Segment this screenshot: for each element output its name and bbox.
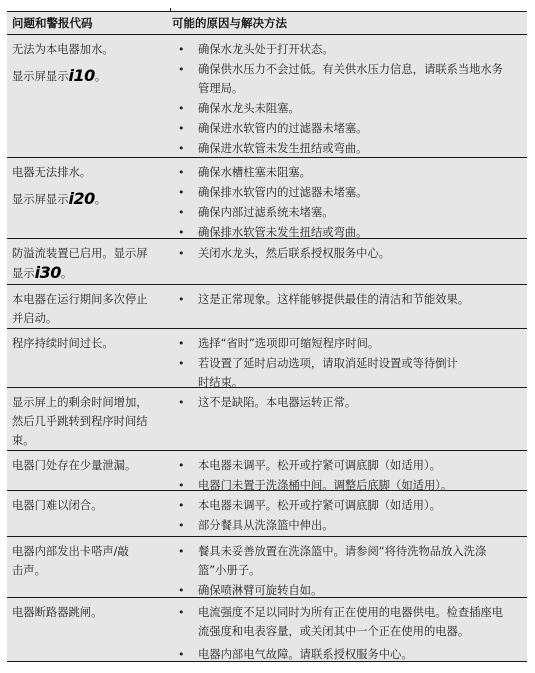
bullet-icon: • [178,456,185,475]
solution-item: •确保内部过滤系统未堵塞。 [172,203,527,222]
bullet-icon: • [178,393,185,412]
solution-text: 电器内部电气故障。请联系授权服务中心。 [198,648,413,661]
bullet-icon: • [178,603,185,622]
bullet-icon: • [178,223,185,242]
solution-text: 确保进水软管未发生扭结或弯曲。 [198,142,367,155]
problem-cell: 电器门处存在少量泄漏。 [7,451,172,490]
header-problem: 问题和警报代码 [7,14,172,33]
problem-cell: 电器内部发出卡嗒声/敲击声。 [7,537,172,597]
bullet-icon: • [178,244,185,263]
problem-cell: 本电器在运行期间多次停止并启动。 [7,285,172,328]
solution-text: 关闭水龙头，然后联系授权服务中心。 [198,247,390,260]
solution-item: •确保供水压力不会过低。有关供水压力信息，请联系当地水务管理局。 [172,60,527,98]
bullet-icon: • [178,290,185,309]
solution-cell: •选择“省时”选项即可缩短程序时间。 •若设置了延时启动选项，请取消延时设置或等… [172,329,527,387]
solution-text: 本电器未调平。松开或拧紧可调底脚（如适用）。 [198,499,441,512]
table-row: 电器无法排水。 显示屏显示i20。 •确保水槽柱塞未阻塞。 •确保排水软管内的过… [7,157,527,238]
solution-text: 部分餐具从洗涤篮中伸出。 [198,519,334,532]
problem-text: 显示屏上的剩余时间增加，然后几乎跳转到程序时间结束。 [12,393,172,450]
solution-text: 确保水槽柱塞未阻塞。 [198,166,311,179]
solution-text: 这是正常现象。这样能够提供最佳的清洁和节能效果。 [198,293,469,306]
problem-text: 程序持续时间过长。 [12,334,172,353]
solution-cell: •确保水槽柱塞未阻塞。 •确保排水软管内的过滤器未堵塞。 •确保内部过滤系统未堵… [172,158,527,238]
solution-text: 确保水龙头处于打开状态。 [198,43,334,56]
bullet-icon: • [178,354,185,373]
solution-cell: •关闭水龙头，然后联系授权服务中心。 [172,239,527,284]
column-tick-mark [170,8,171,12]
solution-text: 餐具未妥善放置在洗涤篮中。请参阅“将待洗物品放入洗涤篮”小册子。 [198,545,486,577]
bullet-icon: • [178,183,185,202]
problem-text: 电器无法排水。 [12,163,172,182]
solution-list: •关闭水龙头，然后联系授权服务中心。 [172,244,527,263]
solution-list: •这不是缺陷。本电器运转正常。 [172,393,527,412]
problem-text: 本电器在运行期间多次停止并启动。 [12,290,172,328]
solution-item: •确保进水软管未发生扭结或弯曲。 [172,139,527,158]
solution-item: •电器门未置于洗涤桶中间。调整后底脚（如适用）。 [172,476,527,495]
solution-list: •电流强度不足以同时为所有正在使用的电器供电。检查插座电流强度和电表容量，或关闭… [172,603,527,664]
table-row: 显示屏上的剩余时间增加，然后几乎跳转到程序时间结束。 •这不是缺陷。本电器运转正… [7,387,527,450]
solution-item: •这不是缺陷。本电器运转正常。 [172,393,527,412]
table-row: 本电器在运行期间多次停止并启动。 •这是正常现象。这样能够提供最佳的清洁和节能效… [7,284,527,328]
bullet-icon: • [178,334,185,353]
solution-text: 若设置了延时启动选项，请取消延时设置或等待倒计时结束。 [198,357,458,389]
solution-cell: •这不是缺陷。本电器运转正常。 [172,388,527,450]
solution-cell: •本电器未调平。松开或拧紧可调底脚（如适用）。 •电器门未置于洗涤桶中间。调整后… [172,451,527,490]
troubleshooting-table: 问题和警报代码 可能的原因与解决方法 无法为本电器加水。 显示屏显示i10。 •… [7,11,527,662]
solution-item: •确保水龙头处于打开状态。 [172,40,527,59]
solution-item: •电器内部电气故障。请联系授权服务中心。 [172,645,527,664]
problem-text: 电器断路器跳闸。 [12,603,172,622]
solution-text: 确保喷淋臂可旋转自如。 [198,584,322,597]
solution-cell: •本电器未调平。松开或拧紧可调底脚（如适用）。 •部分餐具从洗涤篮中伸出。 [172,491,527,536]
solution-text: 选择“省时”选项即可缩短程序时间。 [198,337,379,350]
solution-item: •确保排水软管未发生扭结或弯曲。 [172,223,527,242]
display-code: i20 [69,189,95,208]
solution-item: •确保喷淋臂可旋转自如。 [172,581,527,600]
solution-item: •本电器未调平。松开或拧紧可调底脚（如适用）。 [172,496,527,515]
solution-list: •餐具未妥善放置在洗涤篮中。请参阅“将待洗物品放入洗涤篮”小册子。 •确保喷淋臂… [172,542,527,600]
display-code-line: 显示屏显示i10。 [12,66,172,86]
table-row: 防溢流装置已启用。显示屏 显示i30。 •关闭水龙头，然后联系授权服务中心。 [7,238,527,284]
solution-item: •若设置了延时启动选项，请取消延时设置或等待倒计时结束。 [172,354,527,392]
bullet-icon: • [178,581,185,600]
solution-item: •确保进水软管内的过滤器未堵塞。 [172,119,527,138]
code-suffix: 。 [95,70,106,83]
solution-item: •确保水槽柱塞未阻塞。 [172,163,527,182]
problem-cell: 无法为本电器加水。 显示屏显示i10。 [7,35,172,157]
code-suffix: 。 [95,193,106,206]
bullet-icon: • [178,60,185,79]
table-row: 无法为本电器加水。 显示屏显示i10。 •确保水龙头处于打开状态。 •确保供水压… [7,34,527,157]
code-prefix: 显示屏显示 [12,193,69,206]
code-prefix: 显示 [12,267,35,280]
solution-text: 这不是缺陷。本电器运转正常。 [198,396,356,409]
solution-list: •确保水龙头处于打开状态。 •确保供水压力不会过低。有关供水压力信息，请联系当地… [172,40,527,158]
code-suffix: 。 [61,267,72,280]
bullet-icon: • [178,476,185,495]
problem-text: 无法为本电器加水。 [12,40,172,59]
table-row: 程序持续时间过长。 •选择“省时”选项即可缩短程序时间。 •若设置了延时启动选项… [7,328,527,387]
problem-text: 防溢流装置已启用。显示屏 [12,244,172,263]
bullet-icon: • [178,99,185,118]
solution-list: •本电器未调平。松开或拧紧可调底脚（如适用）。 •部分餐具从洗涤篮中伸出。 [172,496,527,535]
solution-item: •这是正常现象。这样能够提供最佳的清洁和节能效果。 [172,290,527,309]
table-row: 电器断路器跳闸。 •电流强度不足以同时为所有正在使用的电器供电。检查插座电流强度… [7,597,527,661]
solution-item: •本电器未调平。松开或拧紧可调底脚（如适用）。 [172,456,527,475]
solution-text: 确保排水软管内的过滤器未堵塞。 [198,186,367,199]
problem-cell: 电器断路器跳闸。 [7,598,172,661]
problem-text: 电器内部发出卡嗒声/敲击声。 [12,542,172,580]
solution-text: 电流强度不足以同时为所有正在使用的电器供电。检查插座电流强度和电表容量，或关闭其… [198,606,503,638]
solution-text: 确保供水压力不会过低。有关供水压力信息，请联系当地水务管理局。 [198,63,503,95]
table-header-row: 问题和警报代码 可能的原因与解决方法 [7,12,527,34]
solution-item: •部分餐具从洗涤篮中伸出。 [172,516,527,535]
problem-cell: 电器无法排水。 显示屏显示i20。 [7,158,172,238]
solution-text: 确保内部过滤系统未堵塞。 [198,206,334,219]
solution-item: •关闭水龙头，然后联系授权服务中心。 [172,244,527,263]
solution-list: •确保水槽柱塞未阻塞。 •确保排水软管内的过滤器未堵塞。 •确保内部过滤系统未堵… [172,163,527,242]
solution-text: 电器门未置于洗涤桶中间。调整后底脚（如适用）。 [198,479,452,492]
display-code-line: 显示i30。 [12,263,172,283]
solution-list: •这是正常现象。这样能够提供最佳的清洁和节能效果。 [172,290,527,309]
table-row: 电器门处存在少量泄漏。 •本电器未调平。松开或拧紧可调底脚（如适用）。 •电器门… [7,450,527,490]
solution-text: 确保水龙头未阻塞。 [198,102,300,115]
solution-list: •本电器未调平。松开或拧紧可调底脚（如适用）。 •电器门未置于洗涤桶中间。调整后… [172,456,527,495]
bullet-icon: • [178,645,185,664]
display-code-line: 显示屏显示i20。 [12,189,172,209]
display-code: i30 [35,263,61,282]
header-solution: 可能的原因与解决方法 [172,14,527,33]
problem-cell: 程序持续时间过长。 [7,329,172,387]
table-row: 电器门难以闭合。 •本电器未调平。松开或拧紧可调底脚（如适用）。 •部分餐具从洗… [7,490,527,536]
solution-cell: •餐具未妥善放置在洗涤篮中。请参阅“将待洗物品放入洗涤篮”小册子。 •确保喷淋臂… [172,537,527,597]
problem-text: 电器门处存在少量泄漏。 [12,456,172,475]
code-prefix: 显示屏显示 [12,70,69,83]
problem-cell: 防溢流装置已启用。显示屏 显示i30。 [7,239,172,284]
bullet-icon: • [178,496,185,515]
solution-item: •选择“省时”选项即可缩短程序时间。 [172,334,527,353]
problem-cell: 电器门难以闭合。 [7,491,172,536]
bullet-icon: • [178,119,185,138]
problem-text: 电器门难以闭合。 [12,496,172,515]
table-row: 电器内部发出卡嗒声/敲击声。 •餐具未妥善放置在洗涤篮中。请参阅“将待洗物品放入… [7,536,527,597]
bullet-icon: • [178,203,185,222]
solution-text: 确保进水软管内的过滤器未堵塞。 [198,122,367,135]
solution-cell: •电流强度不足以同时为所有正在使用的电器供电。检查插座电流强度和电表容量，或关闭… [172,598,527,661]
solution-item: •确保水龙头未阻塞。 [172,99,527,118]
bullet-icon: • [178,542,185,561]
solution-text: 本电器未调平。松开或拧紧可调底脚（如适用）。 [198,459,441,472]
solution-cell: •这是正常现象。这样能够提供最佳的清洁和节能效果。 [172,285,527,328]
solution-item: •餐具未妥善放置在洗涤篮中。请参阅“将待洗物品放入洗涤篮”小册子。 [172,542,527,580]
solution-item: •电流强度不足以同时为所有正在使用的电器供电。检查插座电流强度和电表容量，或关闭… [172,603,527,641]
bullet-icon: • [178,40,185,59]
display-code: i10 [69,66,95,85]
bullet-icon: • [178,163,185,182]
solution-item: •确保排水软管内的过滤器未堵塞。 [172,183,527,202]
problem-cell: 显示屏上的剩余时间增加，然后几乎跳转到程序时间结束。 [7,388,172,450]
bullet-icon: • [178,139,185,158]
solution-text: 确保排水软管未发生扭结或弯曲。 [198,226,367,239]
solution-list: •选择“省时”选项即可缩短程序时间。 •若设置了延时启动选项，请取消延时设置或等… [172,334,527,392]
bullet-icon: • [178,516,185,535]
solution-cell: •确保水龙头处于打开状态。 •确保供水压力不会过低。有关供水压力信息，请联系当地… [172,35,527,157]
